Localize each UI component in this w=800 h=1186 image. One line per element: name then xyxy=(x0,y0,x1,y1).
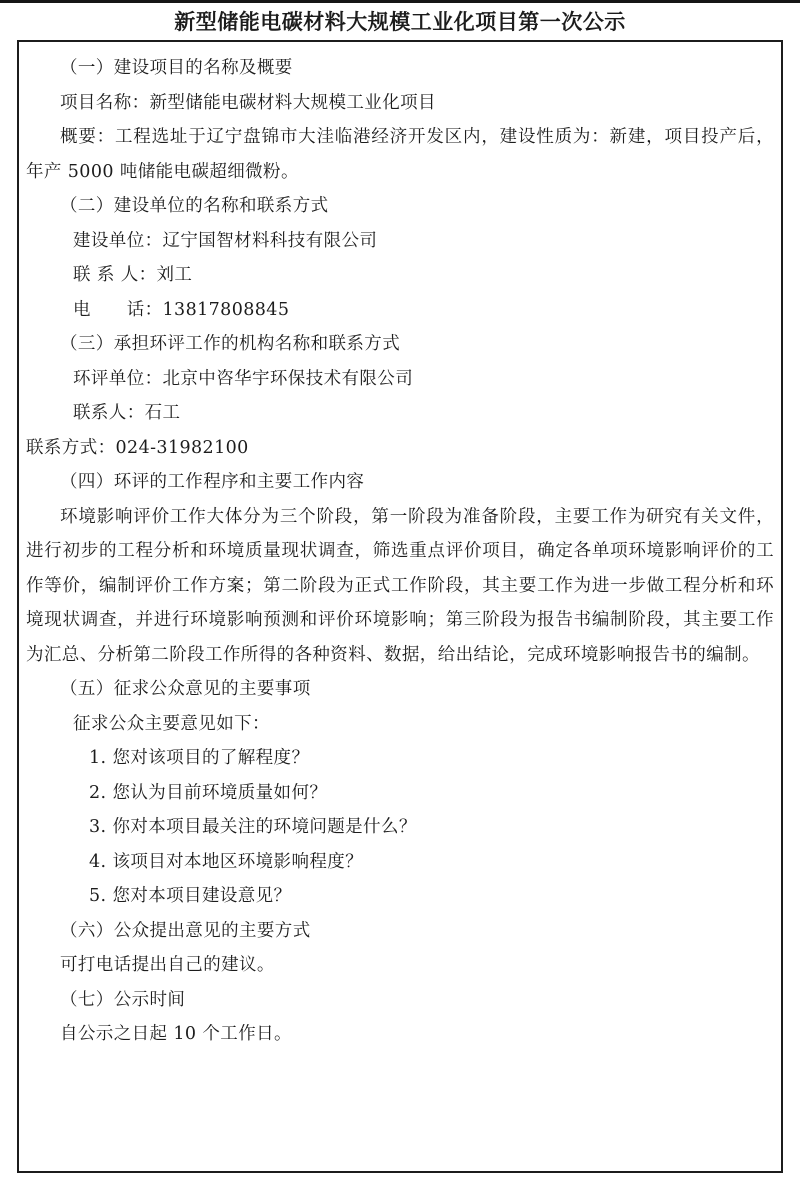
document-line: 3. 你对本项目最关注的环境问题是什么？ xyxy=(26,810,774,845)
section-heading-1: （一）建设项目的名称及概要 xyxy=(26,51,774,86)
document-line: 征求公众主要意见如下： xyxy=(26,707,774,742)
document-line: 建设单位：辽宁国智材料科技有限公司 xyxy=(26,224,774,259)
document-line: 项目名称：新型储能电碳材料大规模工业化项目 xyxy=(26,86,774,121)
document-line: 环境影响评价工作大体分为三个阶段，第一阶段为准备阶段，主要工作为研究有关文件，进… xyxy=(26,500,774,673)
document-line: 1. 您对该项目的了解程度？ xyxy=(26,741,774,776)
section-heading-6: （六）公众提出意见的主要方式 xyxy=(26,914,774,949)
section-heading-5: （五）征求公众意见的主要事项 xyxy=(26,672,774,707)
page-title: 新型储能电碳材料大规模工业化项目第一次公示 xyxy=(0,3,800,40)
section-heading-4: （四）环评的工作程序和主要工作内容 xyxy=(26,465,774,500)
document-border-box: （一）建设项目的名称及概要项目名称：新型储能电碳材料大规模工业化项目概要：工程选… xyxy=(17,40,783,1173)
document-line: 环评单位：北京中咨华宇环保技术有限公司 xyxy=(26,362,774,397)
document-line: 联系方式：024-31982100 xyxy=(26,431,774,466)
section-heading-2: （二）建设单位的名称和联系方式 xyxy=(26,189,774,224)
document-body: （一）建设项目的名称及概要项目名称：新型储能电碳材料大规模工业化项目概要：工程选… xyxy=(26,51,774,1052)
document-line: 自公示之日起 10 个工作日。 xyxy=(26,1017,774,1052)
document-line: 4. 该项目对本地区环境影响程度？ xyxy=(26,845,774,880)
section-heading-3: （三）承担环评工作的机构名称和联系方式 xyxy=(26,327,774,362)
document-line: 联系人：石工 xyxy=(26,396,774,431)
section-heading-7: （七）公示时间 xyxy=(26,983,774,1018)
document-line: 可打电话提出自己的建议。 xyxy=(26,948,774,983)
document-line: 概要：工程选址于辽宁盘锦市大洼临港经济开发区内，建设性质为：新建，项目投产后，年… xyxy=(26,120,774,189)
document-line: 电 话：13817808845 xyxy=(26,293,774,328)
document-line: 联 系 人：刘工 xyxy=(26,258,774,293)
document-line: 2. 您认为目前环境质量如何？ xyxy=(26,776,774,811)
document-line: 5. 您对本项目建设意见？ xyxy=(26,879,774,914)
